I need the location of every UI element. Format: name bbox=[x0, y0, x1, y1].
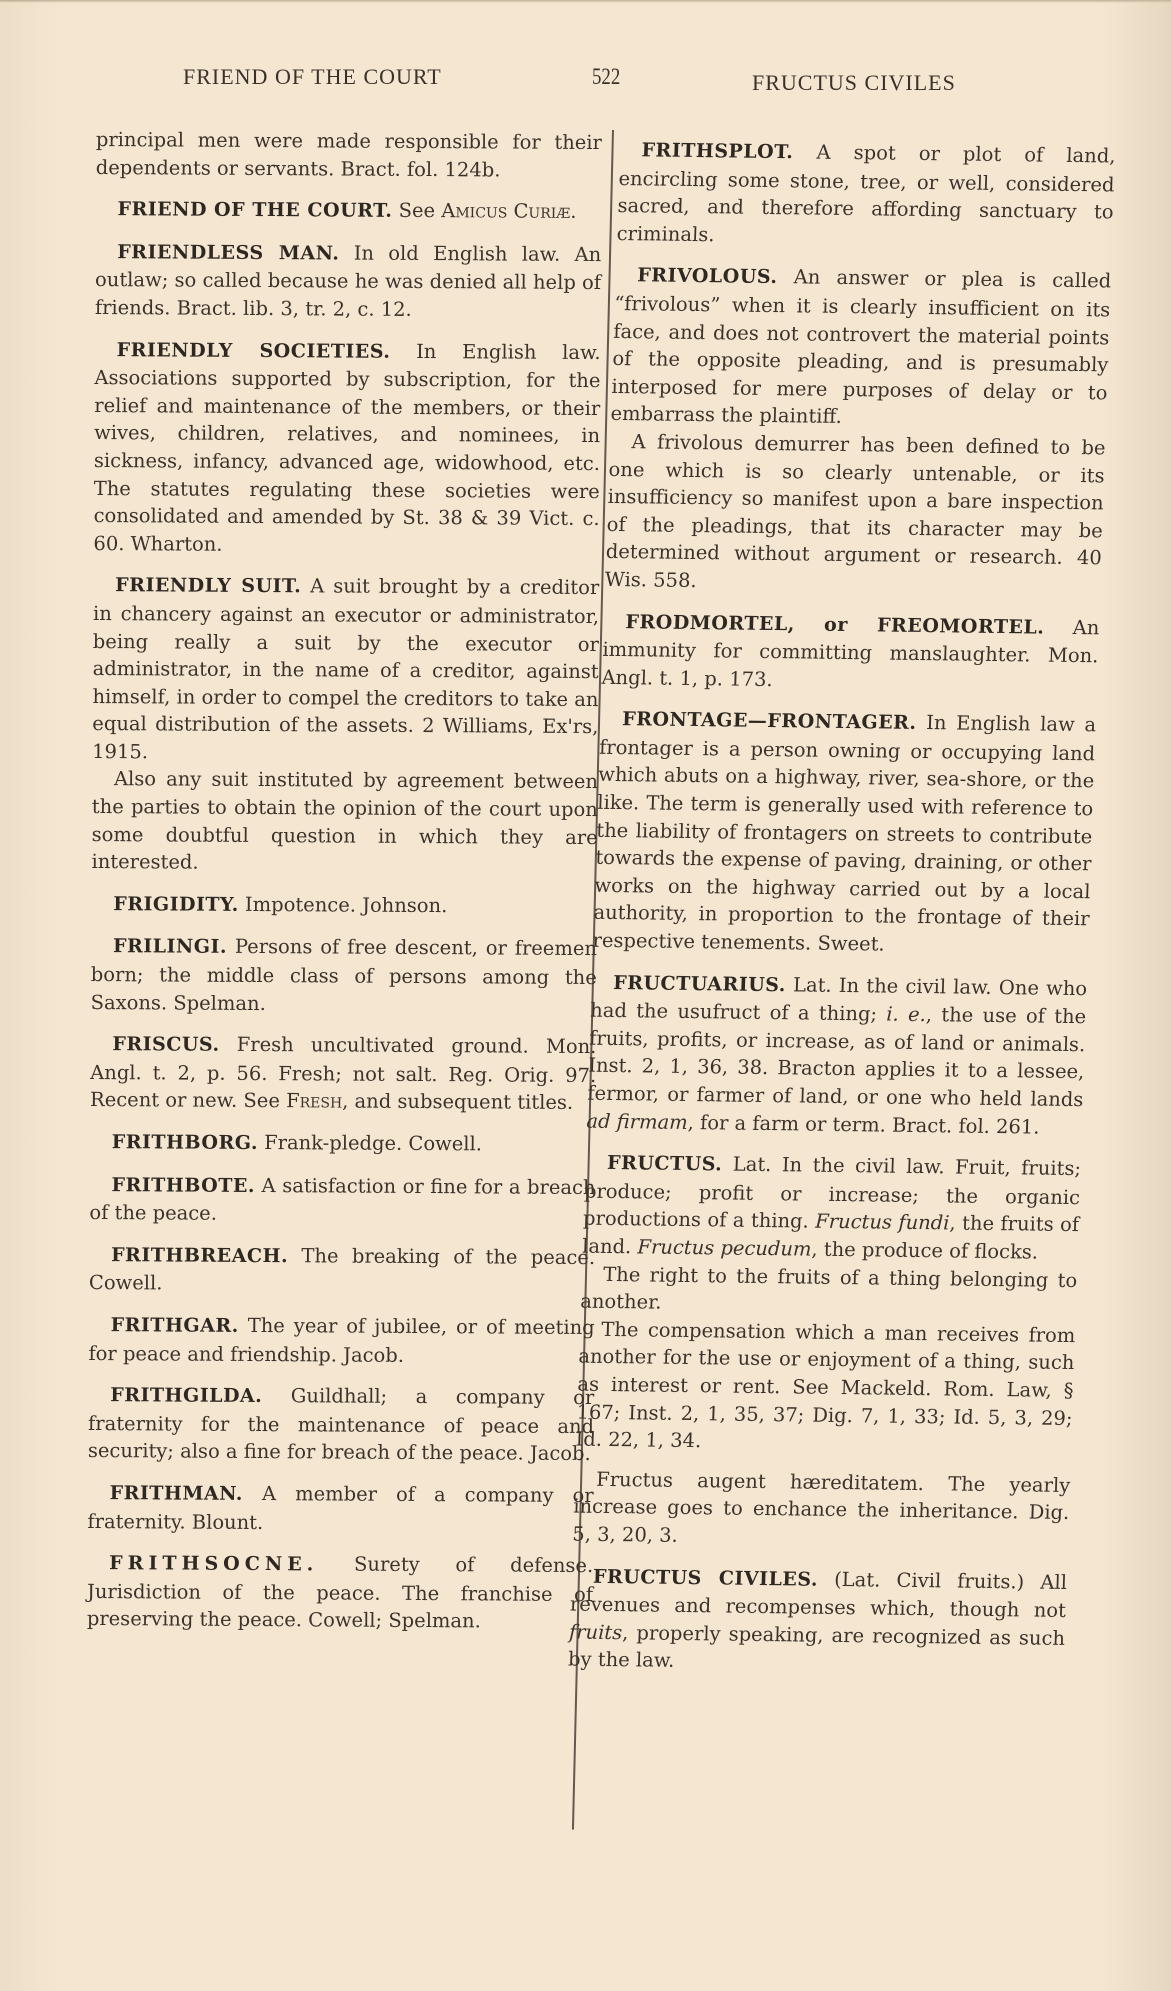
entry-friendly-societies: FRIENDLY SOCIETIES. In English law. Asso… bbox=[93, 336, 600, 561]
definition: Impotence. Johnson. bbox=[239, 893, 448, 917]
definition-paragraph: The compensation which a man receives fr… bbox=[575, 1315, 1076, 1459]
definition-paragraph: Also any suit instituted by agreement be… bbox=[91, 765, 598, 878]
definition: See bbox=[392, 199, 441, 222]
entry-friendly-suit: FRIENDLY SUIT. A suit brought by a credi… bbox=[91, 571, 599, 879]
definition: A suit brought by a creditor in chancery… bbox=[92, 575, 599, 764]
maxim-paragraph: Fructus augent hæreditatem. The yearly i… bbox=[572, 1465, 1071, 1554]
entry-frithsplot: FRITHSPLOT. A spot or plot of land, enci… bbox=[616, 136, 1116, 254]
running-head-left: FRIEND OF THE COURT bbox=[183, 64, 442, 90]
definition: In En­glish law a frontager is a person … bbox=[592, 711, 1096, 955]
entry-friendless-man: FRIENDLESS MAN. In old English law. An o… bbox=[95, 238, 602, 325]
definition-paragraph: The right to the fruits of a thing belon… bbox=[580, 1260, 1078, 1322]
headword: FRITHBOTE. bbox=[111, 1174, 255, 1197]
headword: FRITHBORG. bbox=[112, 1131, 258, 1154]
entry-frithman: FRITHMAN. A member of a company or frate… bbox=[87, 1479, 593, 1538]
headword: FRONTAGE—FRONTAGER. bbox=[622, 708, 917, 734]
headword: FRISCUS. bbox=[112, 1033, 219, 1056]
headword: FRITHGILDA. bbox=[110, 1384, 262, 1407]
entry-frithborg: FRITHBORG. Frank-pledge. Cowell. bbox=[90, 1128, 596, 1160]
entry-fructus-civiles: FRUCTUS CIVILES. (Lat. Civil fruits.) Al… bbox=[568, 1562, 1068, 1680]
entry-frithsocne: FRITHSOCNE. Surety of defense. Jurisdict… bbox=[87, 1549, 594, 1636]
entry-frivolous: FRIVOLOUS. An answer or plea is called “… bbox=[604, 261, 1111, 599]
definition: Frank-pledge. Cowell. bbox=[258, 1131, 482, 1155]
headword: FRIEND OF THE COURT. bbox=[117, 198, 392, 222]
cross-reference: Fresh bbox=[286, 1090, 342, 1113]
dictionary-page: FRIEND OF THE COURT 522 FRUCTUS CIVILES … bbox=[0, 0, 1171, 1991]
entry-friscus: FRISCUS. Fresh uncultivated ground. Mon.… bbox=[90, 1030, 597, 1117]
entry-frithbote: FRITHBOTE. A satisfaction or fine for a … bbox=[89, 1171, 595, 1230]
headword: FRIENDLY SUIT. bbox=[115, 574, 301, 597]
headword: FRIVOLOUS. bbox=[637, 265, 778, 289]
entry-fructuarius: FRUCTUARIUS. Lat. In the civil law. One … bbox=[586, 968, 1088, 1141]
running-head: FRIEND OF THE COURT 522 FRUCTUS CIVILES bbox=[0, 64, 1171, 104]
headword: FRUCTUARIUS. bbox=[613, 972, 786, 996]
headword: FRITHSOCNE. bbox=[109, 1552, 318, 1575]
running-head-right: FRUCTUS CIVILES bbox=[752, 70, 956, 96]
entry-frithbreach: FRITHBREACH. The breaking of the peace. … bbox=[89, 1241, 595, 1300]
entry-frithgilda: FRITHGILDA. Guildhall; a company or frat… bbox=[88, 1381, 595, 1468]
definition: In English law. Associations supported b… bbox=[93, 339, 600, 555]
page-number: 522 bbox=[592, 64, 620, 90]
headword: FRITHMAN. bbox=[110, 1482, 243, 1505]
entry-frontage-frontager: FRONTAGE—FRONTAGER. In En­glish law a fr… bbox=[592, 705, 1096, 961]
entry-frithgar: FRITHGAR. The year of jubilee, or of mee… bbox=[88, 1311, 594, 1370]
definition-paragraph: A frivolous demurrer has been defined to… bbox=[604, 428, 1106, 600]
headword: FRIENDLESS MAN. bbox=[117, 241, 339, 264]
headword: FRITHSPLOT. bbox=[641, 139, 794, 163]
left-column: principal men were made responsible for … bbox=[87, 126, 602, 1650]
continued-text: principal men were made responsible for … bbox=[96, 126, 602, 184]
headword: FRITHBREACH. bbox=[111, 1244, 288, 1267]
headword: FRITHGAR. bbox=[111, 1314, 239, 1337]
entry-fructus: FRUCTUS. Lat. In the civil law. Fruit, f… bbox=[572, 1149, 1082, 1555]
cross-reference: Amicus Curiæ bbox=[441, 199, 570, 223]
entry-frodmortel: FRODMORTEL, or FREOMORTEL. An immunity f… bbox=[601, 607, 1100, 697]
headword: FRUCTUS. bbox=[607, 1152, 723, 1176]
entry-friend-of-the-court: FRIEND OF THE COURT. See Amicus Curiæ. bbox=[95, 195, 601, 227]
headword: FRODMORTEL, or FREOMORTEL. bbox=[625, 611, 1045, 638]
headword: FRILINGI. bbox=[113, 936, 227, 959]
headword: FRIENDLY SOCIETIES. bbox=[117, 339, 391, 363]
headword: FRIGIDITY. bbox=[113, 893, 239, 916]
definition: An answer or plea is called “frivolous” … bbox=[610, 265, 1111, 428]
right-column: FRITHSPLOT. A spot or plot of land, enci… bbox=[567, 136, 1116, 1694]
headword: FRUCTUS CIVILES. bbox=[593, 1565, 819, 1590]
entry-frigidity: FRIGIDITY. Impotence. Johnson. bbox=[91, 890, 597, 922]
entry-frilingi: FRILINGI. Persons of free descent, or fr… bbox=[91, 932, 598, 1019]
